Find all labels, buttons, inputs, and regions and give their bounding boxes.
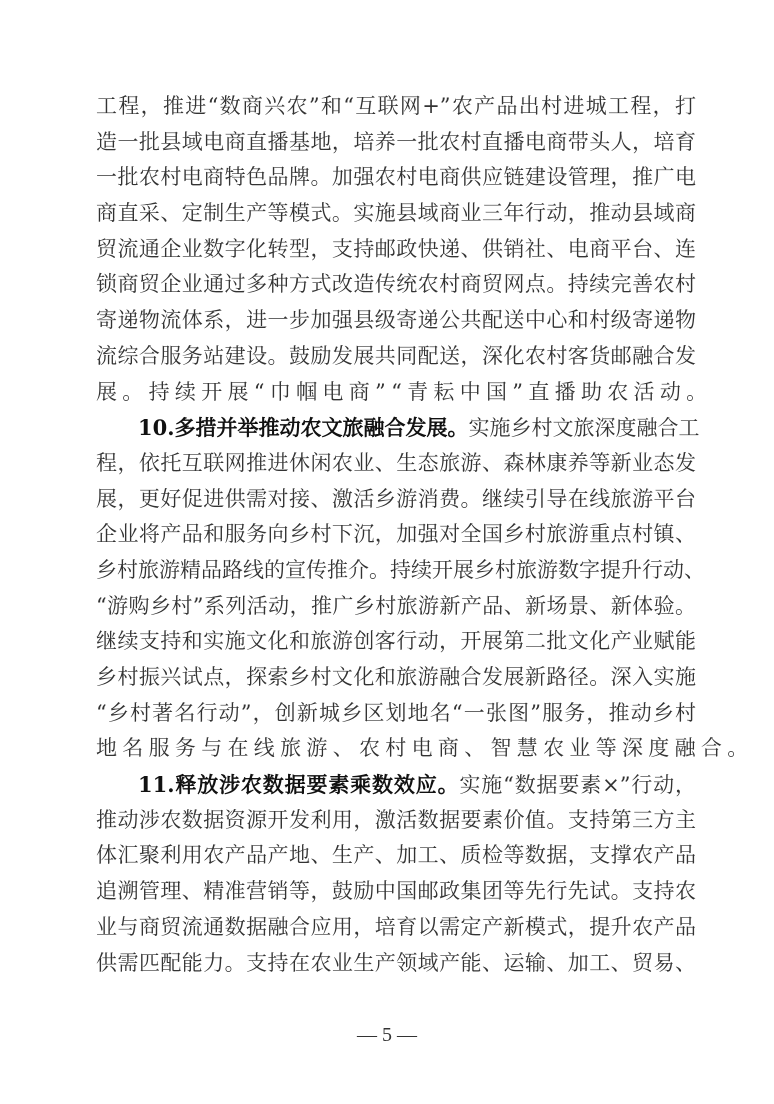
text-line: 锁商贸企业通过多种方式改造传统农村商贸网点。持续完善农村 [96, 267, 696, 303]
text-line: 供需匹配能力。支持在农业生产领域产能、运输、加工、贸易、 [96, 946, 696, 982]
section-10-line: 10.多措并举推动农文旅融合发展。实施乡村文旅深度融合工 [96, 410, 696, 446]
text-line: 贸流通企业数字化转型，支持邮政快递、供销社、电商平台、连 [96, 232, 696, 268]
text-line: 造一批县域电商直播基地，培养一批农村直播电商带头人，培育 [96, 125, 696, 161]
text-line: 工程，推进“数商兴农”和“互联网+”农产品出村进城工程，打 [96, 89, 696, 125]
text-line: “乡村著名行动”，创新城乡区划地名“一张图”服务，推动乡村 [96, 696, 696, 732]
text-line: 程，依托互联网推进休闲农业、生态旅游、森林康养等新业态发 [96, 446, 696, 482]
text-line: 商直采、定制生产等模式。实施县域商业三年行动，推动县域商 [96, 196, 696, 232]
text-line: 流综合服务站建设。鼓励发展共同配送，深化农村客货邮融合发 [96, 339, 696, 375]
text-line: 寄递物流体系，进一步加强县级寄递公共配送中心和村级寄递物 [96, 303, 696, 339]
text-line: 展。持续开展“巾帼电商”“青耘中国”直播助农活动。 [96, 375, 696, 411]
text-line: 追溯管理、精准营销等，鼓励中国邮政集团等先行先试。支持农 [96, 874, 696, 910]
section-11-line: 11.释放涉农数据要素乘数效应。实施“数据要素×”行动， [96, 767, 696, 803]
text-line: 乡村振兴试点，探索乡村文化和旅游融合发展新路径。深入实施 [96, 660, 696, 696]
text-line: 体汇聚利用农产品产地、生产、加工、质检等数据，支撑农产品 [96, 838, 696, 874]
section-heading-10: 10.多措并举推动农文旅融合发展。 [138, 415, 469, 440]
text-span: 实施乡村文旅深度融合工 [469, 416, 700, 440]
text-line: 地名服务与在线旅游、农村电商、智慧农业等深度融合。 [96, 731, 696, 767]
text-line: 继续支持和实施文化和旅游创客行动，开展第二批文化产业赋能 [96, 624, 696, 660]
document-page: 工程，推进“数商兴农”和“互联网+”农产品出村进城工程，打 造一批县域电商直播基… [0, 0, 774, 1104]
text-line: 企业将产品和服务向乡村下沉，加强对全国乡村旅游重点村镇、 [96, 517, 696, 553]
text-line: 一批农村电商特色品牌。加强农村电商供应链建设管理，推广电 [96, 160, 696, 196]
text-line: “游购乡村”系列活动，推广乡村旅游新产品、新场景、新体验。 [96, 589, 696, 625]
body-text: 工程，推进“数商兴农”和“互联网+”农产品出村进城工程，打 造一批县域电商直播基… [96, 89, 696, 981]
text-line: 业与商贸流通数据融合应用，培育以需定产新模式，提升农产品 [96, 910, 696, 946]
page-number: — 5 — [0, 1024, 774, 1047]
text-line: 推动涉农数据资源开发利用，激活数据要素价值。支持第三方主 [96, 803, 696, 839]
text-span: 实施“数据要素×”行动， [459, 773, 696, 797]
section-heading-11: 11.释放涉农数据要素乘数效应。 [138, 772, 459, 797]
text-line: 展，更好促进供需对接、激活乡游消费。继续引导在线旅游平台 [96, 482, 696, 518]
text-line: 乡村旅游精品路线的宣传推介。持续开展乡村旅游数字提升行动、 [96, 553, 696, 589]
